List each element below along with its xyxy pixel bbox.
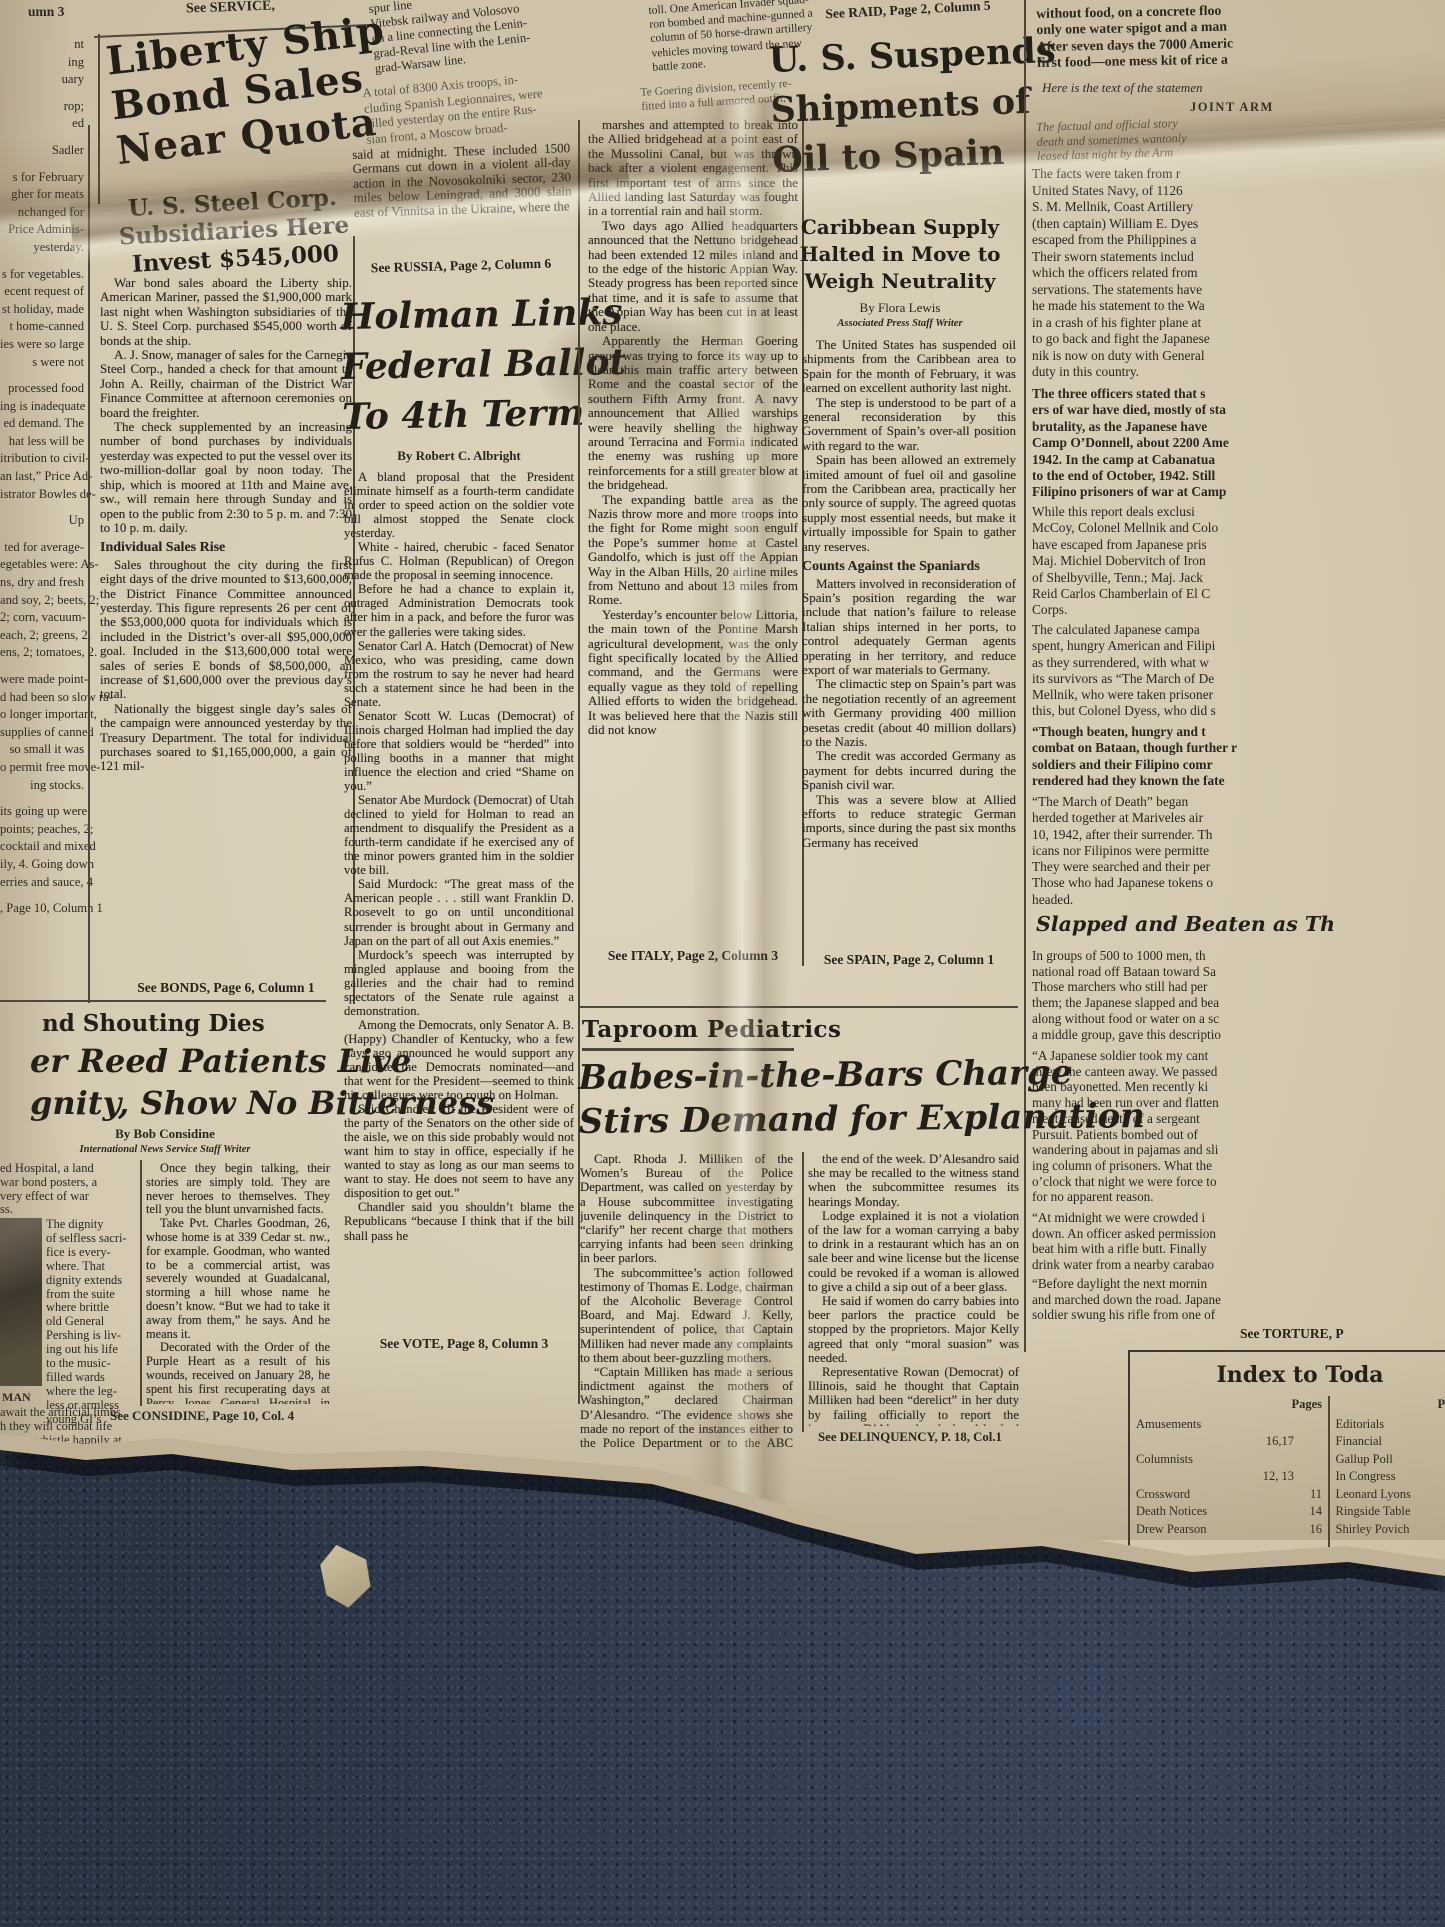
paragraph: Lodge explained it is not a violation of… xyxy=(808,1209,1019,1294)
text-line: for no apparent reason. xyxy=(1032,1189,1445,1205)
spain-crosshead: Counts Against the Spaniards xyxy=(802,560,1016,574)
considine-headline: er Reed Patients Livegnity, Show No Bitt… xyxy=(30,1040,360,1124)
text-line: Maj. Michiel Dobervitch of Iron xyxy=(1032,553,1445,569)
text-line: “The March of Death” began xyxy=(1032,794,1445,810)
paragraph: This was a severe blow at Allied efforts… xyxy=(802,793,1016,851)
text-line: 10, 1942, after their surrender. Th xyxy=(1032,827,1445,843)
text-line: nik is now on duty with General xyxy=(1032,348,1445,365)
liberty-see-line: See BONDS, Page 6, Column 1 xyxy=(100,980,352,996)
paragraph: Said Murdock: “The great mass of the Ame… xyxy=(344,877,574,947)
paragraph: the end of the week. D’Alesandro said sh… xyxy=(808,1152,1019,1209)
text-line: In groups of 500 to 1000 men, th xyxy=(1032,948,1445,964)
text-line: Camp O’Donnell, about 2200 Ame xyxy=(1032,435,1445,451)
text-line: They were searched and their per xyxy=(1032,859,1445,875)
text-line: he made his statement to the Wa xyxy=(1032,298,1445,315)
text-line: beat him with a rifle butt. Finally xyxy=(1032,1241,1445,1257)
text-line: been bayonetted. Men recently ki xyxy=(1032,1079,1445,1095)
torture-block-c: While this report deals exclusiMcCoy, Co… xyxy=(1032,504,1445,619)
paragraph: The check supplemented by an increasing … xyxy=(100,420,352,535)
torture-block-b: The three officers stated that sers of w… xyxy=(1032,386,1445,501)
text-line: Weigh Neutrality xyxy=(792,268,1008,295)
text-line: er Reed Patients Live xyxy=(30,1040,360,1082)
text-line: 1942. In the camp at Cabanatua xyxy=(1032,452,1445,468)
text-line: Filipino prisoners of war at Camp xyxy=(1032,484,1445,500)
text-line: escaped from the Philippines a xyxy=(1032,232,1445,249)
paragraph: Spain has been allowed an extremely limi… xyxy=(802,453,1016,554)
paragraph: Before he had a chance to explain it, ou… xyxy=(344,582,574,638)
text-line: spent, hungry American and Filipi xyxy=(1032,638,1445,654)
babes-headline: Babes-in-the-Bars ChargeStirs Demand for… xyxy=(578,1051,1021,1144)
text-line: of Shelbyville, Tenn.; Maj. Jack xyxy=(1032,570,1445,586)
text-line: down. An officer asked permission xyxy=(1032,1226,1445,1242)
text-line: which the officers related from xyxy=(1032,265,1445,282)
text-line: to the end of October, 1942. Still xyxy=(1032,468,1445,484)
text-line: The calculated Japanese campa xyxy=(1032,622,1445,638)
text-line: While this report deals exclusi xyxy=(1032,504,1445,520)
text-line: o’clock that night we were force to xyxy=(1032,1174,1445,1190)
text-line: its survivors as “The March of De xyxy=(1032,671,1445,687)
holman-byline: By Robert C. Albright xyxy=(345,448,573,464)
text-line: ing column of prisoners. What the xyxy=(1032,1158,1445,1174)
paragraph: Nationally the biggest single day’s sale… xyxy=(100,702,352,774)
text-line: Babes-in-the-Bars Charge xyxy=(578,1051,1020,1100)
paragraph: Senator Scott W. Lucas (Democrat) of Ill… xyxy=(344,709,574,793)
text-line: Corps. xyxy=(1032,602,1445,618)
torture-block-f: “The March of Death” beganherded togethe… xyxy=(1032,794,1445,908)
torture-block-i: “At midnight we were crowded idown. An o… xyxy=(1032,1210,1445,1273)
considine-byline: By Bob Considine xyxy=(60,1126,270,1142)
paragraph: Senator Abe Murdock (Democrat) of Utah d… xyxy=(344,793,574,877)
paragraph: Once they begin talking, their stories a… xyxy=(146,1162,330,1217)
torture-block-d: The calculated Japanese campaspent, hung… xyxy=(1032,622,1445,720)
text-line: Mellnik, who were taken prisoner xyxy=(1032,687,1445,703)
text-line: icans nor Filipinos were permitte xyxy=(1032,843,1445,859)
crumple-point xyxy=(540,310,730,430)
left-edge-shading xyxy=(0,0,70,1460)
torture-block-g: In groups of 500 to 1000 men, thnational… xyxy=(1032,948,1445,1042)
torture-block-e: “Though beaten, hungry and tcombat on Ba… xyxy=(1032,724,1445,789)
text-line: “A Japanese soldier took my cant xyxy=(1032,1048,1445,1064)
paragraph: A. J. Snow, manager of sales for the Car… xyxy=(100,348,352,420)
paragraph: The step is understood to be part of a g… xyxy=(802,396,1016,454)
considine-kicker: nd Shouting Dies xyxy=(42,1010,265,1037)
text-line: soldiers and their Filipino comr xyxy=(1032,757,1445,773)
considine-byline-2: International News Service Staff Writer xyxy=(30,1144,300,1155)
spain-byline-2: Associated Press Staff Writer xyxy=(792,318,1008,329)
text-line: Halted in Move to xyxy=(792,241,1008,268)
torture-subhead: Slapped and Beaten as Th xyxy=(1036,912,1335,936)
paragraph: A bland proposal that the President elim… xyxy=(344,470,574,540)
text-line: rendered had they known the fate xyxy=(1032,773,1445,789)
text-line: national road off Bataan toward Sa xyxy=(1032,964,1445,980)
text-line: drink water from a nearby carabao xyxy=(1032,1257,1445,1273)
text-line: McCoy, Colonel Mellnik and Colo xyxy=(1032,520,1445,536)
text-line: this, but Colonel Dyess, who did s xyxy=(1032,703,1445,719)
text-line: ers of war have died, mostly of sta xyxy=(1032,402,1445,418)
paragraph: The credit was accorded Germany as payme… xyxy=(802,749,1016,792)
text-line: combat on Bataan, though further r xyxy=(1032,740,1445,756)
text-line: along without food or water on a sc xyxy=(1032,1011,1445,1027)
text-line: Those marchers who still had per xyxy=(1032,979,1445,995)
text-line: Their sworn statements includ xyxy=(1032,249,1445,266)
text-line: as they surrendered, with what w xyxy=(1032,655,1445,671)
text-line: servations. The statements have xyxy=(1032,282,1445,299)
paragraph: Take Pvt. Charles Goodman, 26, whose hom… xyxy=(146,1217,330,1341)
paragraph: Chandler said you shouldn’t blame the Re… xyxy=(344,1200,574,1242)
text-line: them; the Japanese slapped and bea xyxy=(1032,995,1445,1011)
text-line: “Though beaten, hungry and t xyxy=(1032,724,1445,740)
text-line: have escaped from Japanese pris xyxy=(1032,537,1445,553)
text-line: The three officers stated that s xyxy=(1032,386,1445,402)
paragraph: The climactic step on Spain’s part was t… xyxy=(802,677,1016,749)
top-service-fragment: See SERVICE, xyxy=(186,0,275,18)
text-line: headed. xyxy=(1032,892,1445,908)
text-line: Those who had Japanese tokens o xyxy=(1032,875,1445,891)
newspaper-photo: ntinguaryrop;edSadlers for Februarygher … xyxy=(0,0,1445,1927)
paragraph: War bond sales aboard the Liberty ship. … xyxy=(100,276,352,348)
paragraph: The United States has suspended oil ship… xyxy=(802,338,1016,396)
text-line: soldier swung his rifle from one of xyxy=(1032,1307,1445,1323)
text-line: to go back and fight the Japanese xyxy=(1032,331,1445,348)
text-line: a middle group, gave this descriptio xyxy=(1032,1027,1445,1043)
spain-see-line: See SPAIN, Page 2, Column 1 xyxy=(802,952,1016,968)
text-line: “At midnight we were crowded i xyxy=(1032,1210,1445,1226)
paragraph: Sales throughout the city during the fir… xyxy=(100,558,352,702)
liberty-crosshead: Individual Sales Rise xyxy=(100,541,352,555)
text-line: duty in this country. xyxy=(1032,364,1445,381)
text-line: Reid Carlos Chamberlain of El C xyxy=(1032,586,1445,602)
paragraph: Senator Carl A. Hatch (Democrat) of New … xyxy=(344,639,574,709)
text-line: wandering about in pajamas and sli xyxy=(1032,1142,1445,1158)
text-line: “Before daylight the next mornin xyxy=(1032,1276,1445,1292)
paragraph: Matters involved in reconsideration of S… xyxy=(802,577,1016,678)
text-line: in a crash of his fighter plane at xyxy=(1032,315,1445,332)
text-line: Stirs Demand for Explanation xyxy=(578,1095,1020,1144)
spain-byline: By Flora Lewis xyxy=(792,300,1008,316)
holman-article-body: A bland proposal that the President elim… xyxy=(344,470,574,1328)
paragraph: Murdock’s speech was interrupted by ming… xyxy=(344,948,574,1018)
liberty-article-body: War bond sales aboard the Liberty ship. … xyxy=(100,276,352,976)
text-line: herded together at Mariveles air xyxy=(1032,810,1445,826)
text-line: brutality, as the Japanese have xyxy=(1032,419,1445,435)
spain-article-body: The United States has suspended oil ship… xyxy=(802,338,1016,946)
section-rule xyxy=(578,1006,1018,1008)
torture-block-j: “Before daylight the next morninand marc… xyxy=(1032,1276,1445,1323)
text-line: and marched down the road. Japane xyxy=(1032,1292,1445,1308)
text-line: gnity, Show No Bitterness xyxy=(30,1082,360,1124)
paragraph: White - haired, cherubic - faced Senator… xyxy=(344,540,574,582)
text-line: threw the canteen away. We passed xyxy=(1032,1064,1445,1080)
